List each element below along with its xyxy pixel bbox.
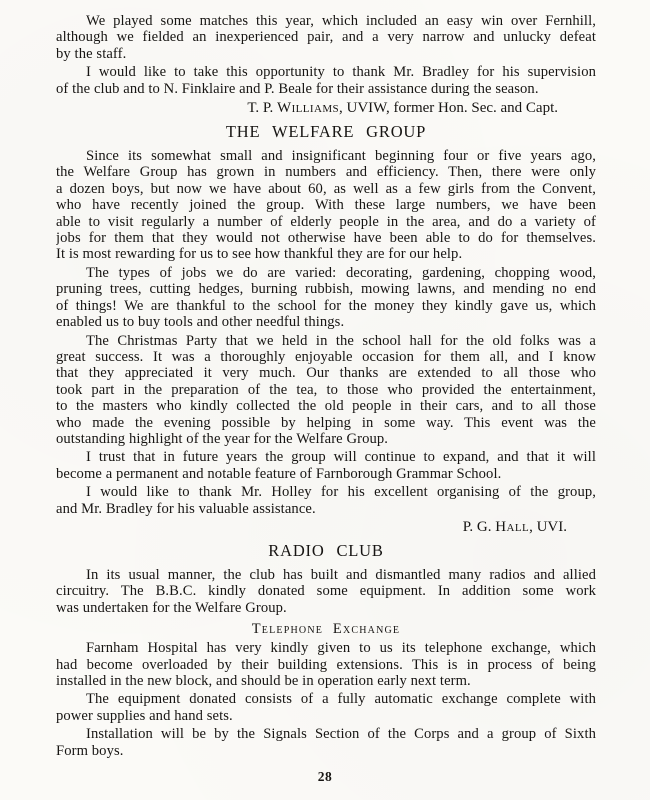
text-line: Form boys. — [56, 743, 596, 759]
byline-text: T. P. — [247, 100, 277, 116]
text-line: took part in the preparation of the tea,… — [56, 382, 596, 398]
text-line: I would like to take this opportunity to… — [56, 64, 596, 80]
text-line: was undertaken for the Welfare Group. — [56, 600, 596, 616]
text-line: by the staff. — [56, 46, 596, 62]
telephone-farnham-paragraph: Farnham Hospital has very kindly given t… — [56, 640, 596, 689]
text-line: jobs for them that they would not otherw… — [56, 230, 596, 246]
text-line: although we fielded an inexperienced pai… — [56, 29, 596, 45]
text-line: who made the evening possible by helping… — [56, 415, 596, 431]
text-line: of things! We are thankful to the school… — [56, 298, 596, 314]
text-line: had become overloaded by their building … — [56, 657, 596, 673]
telephone-installation-paragraph: Installation will be by the Signals Sect… — [56, 726, 596, 759]
text-line: Since its somewhat small and insignifica… — [56, 148, 596, 164]
text-line: The equipment donated consists of a full… — [56, 691, 596, 707]
text-line: pruning trees, cutting hedges, burning r… — [56, 281, 596, 297]
telephone-equipment-paragraph: The equipment donated consists of a full… — [56, 691, 596, 724]
text-line: a dozen boys, but now we have about 60, … — [56, 181, 596, 197]
heading-welfare-group: THE WELFARE GROUP — [56, 122, 596, 141]
welfare-christmas-party-paragraph: The Christmas Party that we held in the … — [56, 333, 596, 448]
byline-text: Williams — [277, 100, 339, 116]
text-line: Farnham Hospital has very kindly given t… — [56, 640, 596, 656]
welfare-future-paragraph: I trust that in future years the group w… — [56, 449, 596, 482]
welfare-jobs-paragraph: The types of jobs we do are varied: deco… — [56, 265, 596, 331]
text-line: Installation will be by the Signals Sect… — [56, 726, 596, 742]
text-line: great success. It was a thoroughly enjoy… — [56, 349, 596, 365]
matches-paragraph: We played some matches this year, which … — [56, 13, 596, 62]
byline-text: P. G. — [463, 519, 496, 535]
byline-text: Hall — [495, 519, 529, 535]
byline-text: , UVI. — [529, 519, 567, 535]
text-line: who have recently joined the group. With… — [56, 197, 596, 213]
byline-hall: P. G. Hall, UVI. — [56, 519, 596, 536]
text-column: We played some matches this year, which … — [56, 13, 596, 761]
byline-williams: T. P. Williams, UVIW, former Hon. Sec. a… — [56, 100, 596, 117]
text-line: It is most rewarding for us to see how t… — [56, 246, 596, 262]
text-line: I trust that in future years the group w… — [56, 449, 596, 465]
text-line: circuitry. The B.B.C. kindly donated som… — [56, 583, 596, 599]
text-line: become a permanent and notable feature o… — [56, 466, 596, 482]
page-number: 28 — [0, 769, 650, 785]
text-line: The Christmas Party that we held in the … — [56, 333, 596, 349]
text-line: of the club and to N. Finklaire and P. B… — [56, 81, 596, 97]
text-line: We played some matches this year, which … — [56, 13, 596, 29]
scanned-page: We played some matches this year, which … — [0, 0, 650, 800]
text-line: able to visit regularly a number of elde… — [56, 214, 596, 230]
welfare-thanks-paragraph: I would like to thank Mr. Holley for his… — [56, 484, 596, 517]
text-line: The types of jobs we do are varied: deco… — [56, 265, 596, 281]
radio-club-paragraph: In its usual manner, the club has built … — [56, 567, 596, 616]
text-line: In its usual manner, the club has built … — [56, 567, 596, 583]
text-line: enabled us to buy tools and other needfu… — [56, 314, 596, 330]
text-line: power supplies and hand sets. — [56, 708, 596, 724]
subheading-telephone-exchange: Telephone Exchange — [56, 621, 596, 637]
text-line: to the masters who kindly collected the … — [56, 398, 596, 414]
text-line: I would like to thank Mr. Holley for his… — [56, 484, 596, 500]
text-line: outstanding highlight of the year for th… — [56, 431, 596, 447]
text-line: and Mr. Bradley for his valuable assista… — [56, 501, 596, 517]
text-line: installed in the new block, and should b… — [56, 673, 596, 689]
text-line: that they appreciated it very much. Our … — [56, 365, 596, 381]
welfare-intro-paragraph: Since its somewhat small and insignifica… — [56, 148, 596, 263]
text-line: the Welfare Group has grown in numbers a… — [56, 164, 596, 180]
heading-radio-club: RADIO CLUB — [56, 541, 596, 560]
thanks-bradley-paragraph: I would like to take this opportunity to… — [56, 64, 596, 97]
byline-text: , UVIW, former Hon. Sec. and Capt. — [339, 100, 558, 116]
